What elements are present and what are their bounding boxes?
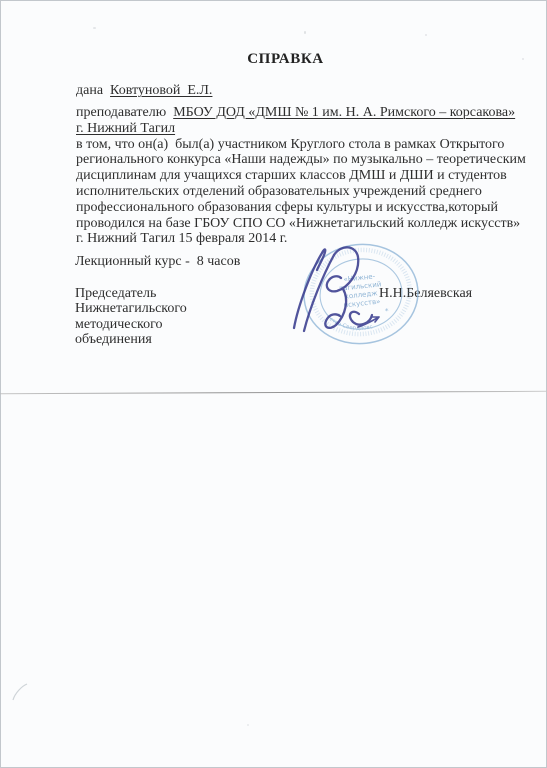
scan-fold-line [0,391,547,395]
scan-speck [247,724,249,726]
course-hours-line: Лекционный курс - 8 часов [75,254,240,270]
addressee-prefix: преподавателю [76,105,173,120]
addressee-city: г. Нижний Тагил [76,121,528,137]
body-line: проводился на базе ГБОУ СПО СО «Нижнетаг… [76,216,528,232]
signature-stroke [327,247,358,291]
body-line: в том, что он(а) был(а) участником Кругл… [76,137,528,153]
addressee-line: преподавателю МБОУ ДОД «ДМШ № 1 им. Н. А… [76,105,528,121]
recipient-name: Ковтуновой Е.Л. [110,83,212,98]
handwritten-signature [271,231,481,361]
signature-stroke [294,249,325,328]
signer-role-line: объединения [75,332,187,347]
document-body: преподавателю МБОУ ДОД «ДМШ № 1 им. Н. А… [76,105,528,247]
signature-flourish [358,317,379,327]
signer-role-line: Председатель [75,286,187,301]
body-line: регионального конкурса «Наши надежды» по… [76,152,528,168]
scan-speck [304,31,306,34]
scan-scratch-mark [11,683,31,703]
given-to-prefix: дана [76,83,110,98]
body-line: исполнительских отделений образовательны… [76,184,528,200]
signer-role-block: Председатель Нижнетагильского методическ… [75,286,187,348]
scan-speck [522,58,524,60]
scan-speck [93,27,96,29]
body-line: дисциплинам для учащихся старших классов… [76,168,528,184]
signer-role-line: Нижнетагильского [75,301,187,316]
signer-role-line: методического [75,317,187,332]
signature-graphic [271,231,481,361]
scratch-path [13,684,27,700]
signature-stroke [325,289,346,328]
document-title: СПРАВКА [13,51,547,68]
scan-speck [425,34,427,36]
scanned-document-page: СПРАВКА дана Ковтуновой Е.Л. преподавате… [0,0,547,768]
body-line: профессионального образования сферы куль… [76,200,528,216]
addressee-organization: МБОУ ДОД «ДМШ № 1 им. Н. А. Римского – к… [173,105,515,120]
given-to-line: дана Ковтуновой Е.Л. [76,83,212,99]
